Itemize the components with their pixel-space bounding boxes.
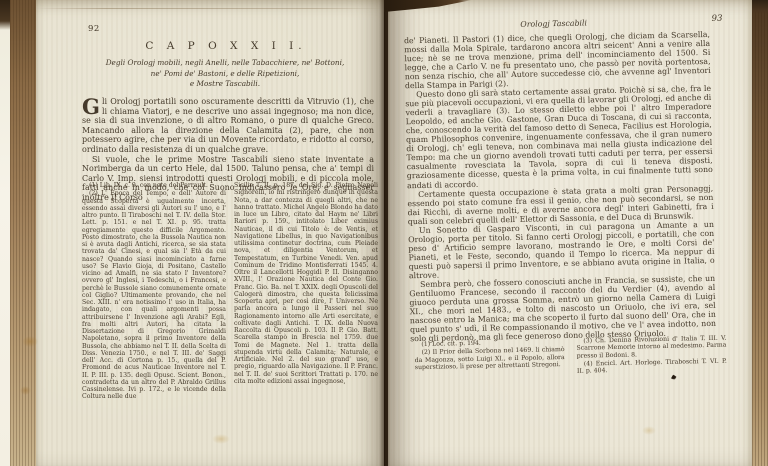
body-paragraph: Gli Orologj portatili sono oscuramente d… [82, 97, 374, 155]
footnote: (2) L' Epoca del Tempo, e dell' Autore d… [82, 190, 226, 400]
chapter-subtitle-line: Degli Orologj mobili, negli Anelli, nell… [72, 58, 378, 69]
body-paragraph: Questo dono gli sarà stato certamente as… [405, 84, 713, 190]
footnote-column-1: (1) Lib. IX. c. 9. con note del Perrault… [82, 182, 226, 402]
footnote-column-2: (3) Ch. Denina Rivoluzioni d' Italia T. … [576, 335, 727, 376]
footnote-continuation: Sicilie T. II. p. 187. del Sig. D. Pietr… [234, 182, 378, 385]
chapter-subtitle: Degli Orologj mobili, negli Anelli, nell… [72, 58, 378, 90]
footnote: (2) Il Prior della Sorbona nel 1469. li … [414, 346, 564, 371]
footnote: (4) Encicl. Art. Horloge. Tiraboschi T. … [577, 357, 727, 375]
left-page: 92 C A P O X X I I. Degli Orologj mobili… [36, 0, 384, 466]
right-page-text-block: Orologj Tascabili 93 de' Pianeti. Il Pas… [387, 0, 761, 466]
left-page-footnotes: (1) Lib. IX. c. 9. con note del Perrault… [82, 182, 378, 402]
running-header: Orologj Tascabili 93 [404, 16, 704, 31]
body-paragraph: Certamente questa occupazione è stata gr… [407, 183, 714, 226]
footnote: (1) Lib. IX. c. 9. con note del Perrault… [82, 182, 226, 189]
left-page-top-edge [36, 8, 384, 9]
right-page-number: 93 [712, 14, 723, 24]
right-page-footnotes: (1) Loc. cit. p. 194. (2) Il Prior della… [414, 335, 727, 380]
footnote: (3) Ch. Denina Rivoluzioni d' Italia T. … [576, 335, 726, 360]
footnote-column-2: Sicilie T. II. p. 187. del Sig. D. Pietr… [234, 182, 378, 402]
body-paragraph: Sembra però, che fossero conosciuti anch… [409, 274, 716, 344]
left-page-number: 92 [88, 24, 100, 34]
right-page-body: de' Pianeti. Il Pastori (1) dice, che qu… [404, 30, 716, 343]
chapter-heading: C A P O X X I I. [80, 40, 372, 52]
chapter-subtitle-line: e Mostre Tascabili. [72, 79, 378, 90]
body-paragraph: Un Sonetto di Gasparo Visconti, in cui p… [408, 220, 715, 281]
drop-cap-initial: G [82, 97, 102, 115]
running-header-title: Orologj Tascabili [520, 18, 587, 28]
footnote-column-1: (1) Loc. cit. p. 194. (2) Il Prior della… [414, 338, 565, 379]
body-paragraph: de' Pianeti. Il Pastori (1) dice, che qu… [404, 30, 711, 91]
chapter-subtitle-line: ne' Pomi de' Bastoni, e delle Ripetizion… [72, 69, 378, 80]
book-scan: 92 C A P O X X I I. Degli Orologj mobili… [0, 0, 768, 466]
paragraph-text: li Orologj portatili sono oscuramente de… [82, 97, 374, 154]
right-page: Orologj Tascabili 93 de' Pianeti. Il Pas… [388, 0, 752, 466]
